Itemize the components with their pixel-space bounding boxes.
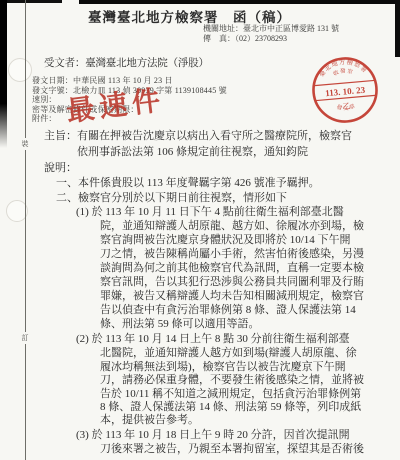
document-text-line: 本，提供被告參考。 (100, 411, 199, 427)
document-page: 裝訂 臺灣臺北地方檢察署 函（稿） 機關地址：臺北市中正區博愛路 131 號 傳… (0, 0, 400, 460)
recipient-line: 受文者：臺灣臺北地方法院（淨股） (44, 55, 209, 70)
document-text-line: 說明： (44, 159, 77, 175)
office-date-stamp: 臺北地方檢察署 收發室 113. 10. 23 乙 發文章 (301, 46, 390, 135)
document-text-line: 主旨：有關在押被告沈慶京以病出入看守所之醫療院所，檢察官 (44, 127, 352, 143)
scan-edge-artifact (0, 0, 62, 3)
binding-mark: 裝 (22, 138, 29, 150)
binding-margin-line (25, 0, 26, 460)
agency-fax: 傳 真：（02）23708293 (203, 33, 287, 44)
metadata-line: 附件： (32, 113, 57, 124)
stamp-arc-top-text: 臺北地方檢察署 (316, 56, 370, 79)
scan-edge-artifact (395, 0, 400, 57)
document-text-line: 一、本件係貴股以 113 年度聲羈字第 426 號准予羈押。 (56, 174, 320, 190)
document-text-line: 依刑事訴訟法第 106 條規定前往視察，通知鈞院 (77, 143, 308, 159)
document-text-line: 條、刑法第 59 條可以適用等語。 (100, 315, 260, 331)
binding-mark: 訂 (22, 332, 29, 344)
punch-hole (8, 58, 32, 82)
scan-edge-artifact (79, 0, 400, 4)
scan-edge-artifact (0, 0, 7, 148)
document-text-line: 刀後來署之被告，乃親至本署拘留室，探望其是否術後 (100, 440, 364, 456)
